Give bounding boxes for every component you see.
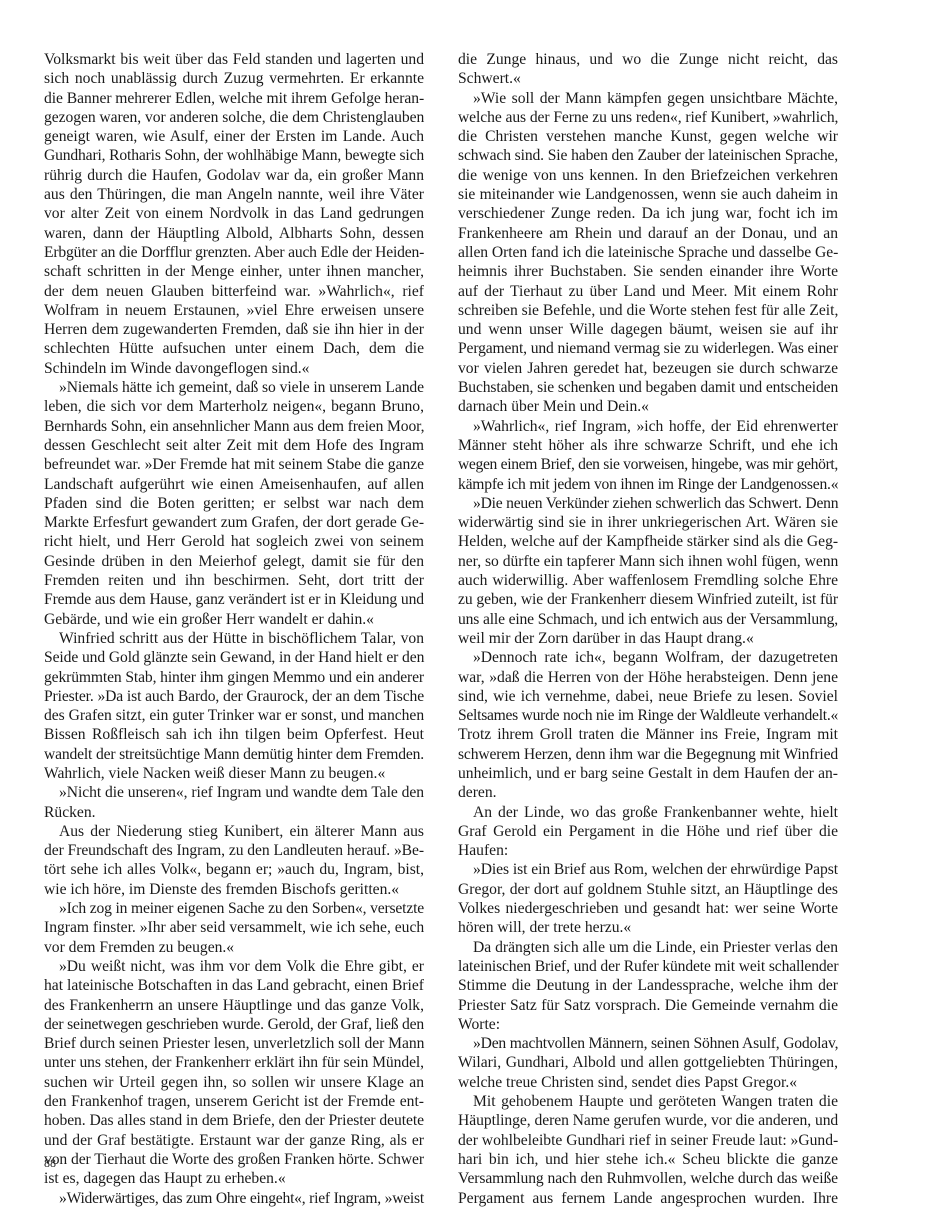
text-line: tört sehe ich alles Volk«, begann er; »a… — [44, 860, 424, 879]
text-line: Volksmarkt bis weit über das Feld stande… — [44, 50, 424, 69]
text-line: An der Linde, wo das große Frankenbanner… — [458, 803, 838, 822]
text-line: gekrümmten Stab, hinter ihm gingen Memmo… — [44, 668, 424, 687]
text-line: Gesinde drüben in den Meierhof gelegt, d… — [44, 552, 424, 571]
text-line: »Die neuen Verkünder ziehen schwerlich d… — [458, 494, 838, 513]
text-line: aus den Thüringen, die man Angeln nannte… — [44, 185, 424, 204]
text-line: sich noch unablässig durch Zuzug vermehr… — [44, 69, 424, 88]
text-line: vor alter Zeit von einem Nordvolk in das… — [44, 204, 424, 223]
text-line: Seide und Gold glänzte sein Gewand, in d… — [44, 648, 424, 667]
text-line: Priester Satz für Satz vorsprach. Die Ge… — [458, 996, 838, 1015]
text-line: Pergament aus fernem Lande angesprochen … — [458, 1189, 838, 1208]
text-line: Wilari, Gundhari, Albold und allen gottg… — [458, 1053, 838, 1072]
text-line: Brief durch seinen Priester lesen, unver… — [44, 1034, 424, 1053]
text-line: Wahrlich, viele Nacken weiß dieser Mann … — [44, 764, 424, 783]
text-line: der seinetwegen geschrieben wurde. Gerol… — [44, 1015, 424, 1034]
text-line: Trotz ihrem Groll traten die Männer ins … — [458, 725, 838, 744]
text-line: widerwärtig sind sie in ihrer unkriegeri… — [458, 513, 838, 532]
text-line: schwach sind. Sie haben den Zauber der l… — [458, 146, 838, 165]
text-line: Haufen: — [458, 841, 838, 860]
text-line: ist es, dagegen das Haupt zu erheben.« — [44, 1169, 424, 1188]
text-line: Wolfram in neuem Erstaunen, »viel Ehre e… — [44, 301, 424, 320]
text-line: ner, so dürfte ein tapferer Mann sich ih… — [458, 552, 838, 571]
text-line: »Niemals hätte ich gemeint, daß so viele… — [44, 378, 424, 397]
text-line: welche treue Christen sind, sendet dies … — [458, 1073, 838, 1092]
text-line: kämpfe ich mit jedem von ihnen im Ringe … — [458, 475, 838, 494]
text-line: Fremde aus dem Hause, ganz verändert ist… — [44, 590, 424, 609]
text-line: Da drängten sich alle um die Linde, ein … — [458, 938, 838, 957]
text-line: auch widerwillig. Aber waffenlosem Fremd… — [458, 571, 838, 590]
page-number: 88 — [44, 1156, 56, 1171]
text-line: »Ich zog in meiner eigenen Sache zu den … — [44, 899, 424, 918]
text-line: Fremden reiten und ihn beschirmen. Seht,… — [44, 571, 424, 590]
text-line: »Dennoch rate ich«, begann Wolfram, der … — [458, 648, 838, 667]
text-line: Gregor, der dort auf goldnem Stuhle sitz… — [458, 880, 838, 899]
text-line: Häuptlinge, deren Name gerufen wurde, vo… — [458, 1111, 838, 1130]
text-line: hari bin ich, und hier stehe ich.« Scheu… — [458, 1150, 838, 1169]
text-line: wandelt der streitsüchtige Mann demütig … — [44, 745, 424, 764]
text-line: schwerem Herzen, denn ihm war die Begegn… — [458, 745, 838, 764]
text-line: Graf Gerold ein Pergament in die Höhe un… — [458, 822, 838, 841]
text-line: »Den machtvollen Männern, seinen Söhnen … — [458, 1034, 838, 1053]
text-line: war, »daß die Herren von der Höhe herabs… — [458, 668, 838, 687]
text-line: Schindeln im Winde davongeflogen sind.« — [44, 359, 424, 378]
text-line: gezogen waren, vor anderen solche, die d… — [44, 108, 424, 127]
text-line: schreiben sie Befehle, und die Worte ste… — [458, 301, 838, 320]
text-line: des Frankenherrn an unsere Häuptlinge un… — [44, 996, 424, 1015]
text-line: Gebärde, und wie ein großer Herr wandelt… — [44, 610, 424, 629]
text-line: und wenn unser Wille dagegen bäumt, weis… — [458, 320, 838, 339]
text-line: lateinischen Brief, und der Rufer kündet… — [458, 957, 838, 976]
text-line: allen Orten fand ich die lateinische Spr… — [458, 243, 838, 262]
text-line: dessen Geschlecht seit alter Zeit mit de… — [44, 436, 424, 455]
text-line: schlechten Hütte aufsuchen unter einem D… — [44, 339, 424, 358]
text-line: uns alle eine Schmach, und ich entwich a… — [458, 610, 838, 629]
text-line: darnach über Mein und Dein.« — [458, 397, 838, 416]
right-column: die Zunge hinaus, und wo die Zunge nicht… — [458, 50, 838, 1208]
text-line: Aus der Niederung stieg Kunibert, ein äl… — [44, 822, 424, 841]
text-line: rührig durch die Haufen, Godolav war da,… — [44, 166, 424, 185]
text-line: vor dem Fremden zu beugen.« — [44, 938, 424, 957]
text-line: Buchstaben, sie schenken und begaben dam… — [458, 378, 838, 397]
text-line: der dem neuen Glauben bitterfeind war. »… — [44, 282, 424, 301]
text-line: Versammlung nach den Ruhmvollen, welche … — [458, 1169, 838, 1188]
text-line: leben, die sich vor dem Marterholz neige… — [44, 397, 424, 416]
text-line: die Zunge hinaus, und wo die Zunge nicht… — [458, 50, 838, 69]
text-line: Winfried schritt aus der Hütte in bischö… — [44, 629, 424, 648]
text-line: suchen wir Urteil gegen ihn, so sollen w… — [44, 1073, 424, 1092]
text-line: verschiedener Zunge reden. Da ich jung w… — [458, 204, 838, 223]
text-line: waren, dann der Häuptling Albold, Albhar… — [44, 224, 424, 243]
text-line: Rücken. — [44, 803, 424, 822]
text-line: zu geben, wie der Frankenherr diesem Win… — [458, 590, 838, 609]
text-line: der wohlbeleibte Gundhari rief in seiner… — [458, 1131, 838, 1150]
text-line: wie ich höre, im Dienste des fremden Bis… — [44, 880, 424, 899]
text-line: welche aus der Ferne zu uns reden«, rief… — [458, 108, 838, 127]
text-line: des Grafen sitzt, ein guter Trinker war … — [44, 706, 424, 725]
text-line: Herren dem zugewanderten Fremden, daß si… — [44, 320, 424, 339]
text-line: Frankenheere am Rhein und darauf an der … — [458, 224, 838, 243]
text-line: Landschaft aufgerührt wie einen Ameisenh… — [44, 475, 424, 494]
text-line: Mit gehobenem Haupte und geröteten Wange… — [458, 1092, 838, 1111]
text-line: Gundhari, Rotharis Sohn, der wohlhäbige … — [44, 146, 424, 165]
text-line: deren. — [458, 783, 838, 802]
text-line: »Du weißt nicht, was ihm vor dem Volk di… — [44, 957, 424, 976]
text-line: Schwert.« — [458, 69, 838, 88]
text-line: »Wie soll der Mann kämpfen gegen unsicht… — [458, 89, 838, 108]
text-line: die Christen verstehen manche Kunst, geg… — [458, 127, 838, 146]
text-line: Ingram finster. »Ihr aber seid versammel… — [44, 918, 424, 937]
text-line: Stimme die Deutung in der Landessprache,… — [458, 976, 838, 995]
text-line: hören will, der trete herzu.« — [458, 918, 838, 937]
text-line: sie miteinander wie Landgenossen, wenn s… — [458, 185, 838, 204]
text-line: unter uns stehen, der Frankenherr erklär… — [44, 1053, 424, 1072]
text-line: Bernhards Sohn, ein ansehnlicher Mann au… — [44, 417, 424, 436]
text-line: sind, wie ich vernehme, dabei, neue Brie… — [458, 687, 838, 706]
text-line: »Widerwärtiges, das zum Ohre eingeht«, r… — [44, 1189, 424, 1208]
text-line: heimnis ihrer Buchstaben. Sie senden ein… — [458, 262, 838, 281]
text-line: unheimlich, und er barg seine Gestalt in… — [458, 764, 838, 783]
text-line: wegen einem Brief, den sie vorweisen, hi… — [458, 455, 838, 474]
text-line: von der Tierhaut die Worte des großen Fr… — [44, 1150, 424, 1169]
text-line: Markte Erfesfurt gewandert zum Grafen, d… — [44, 513, 424, 532]
text-line: und der Graf bestätigte. Erstaunt war de… — [44, 1131, 424, 1150]
text-line: weil mir der Zorn darüber in das Haupt d… — [458, 629, 838, 648]
text-line: richt hielt, und Herr Gerold hat sogleic… — [44, 532, 424, 551]
text-line: »Dies ist ein Brief aus Rom, welchen der… — [458, 860, 838, 879]
text-line: Pergament, und niemand vermag sie zu wid… — [458, 339, 838, 358]
text-line: die wenige von uns kennen. In den Briefz… — [458, 166, 838, 185]
text-line: Helden, welche auf der Kampfheide stärke… — [458, 532, 838, 551]
text-line: »Nicht die unseren«, rief Ingram und wan… — [44, 783, 424, 802]
text-line: hoben. Das alles stand in dem Briefe, de… — [44, 1111, 424, 1130]
text-line: der Freundschaft des Ingram, zu den Land… — [44, 841, 424, 860]
text-line: Priester. »Da ist auch Bardo, der Grauro… — [44, 687, 424, 706]
text-line: geneigt waren, wie Asulf, einer der Erst… — [44, 127, 424, 146]
text-line: vor vielen Jahren geredet hat, bezeugen … — [458, 359, 838, 378]
text-line: Bissen Roßfleisch sah ich ihn tilgen bei… — [44, 725, 424, 744]
text-line: Worte: — [458, 1015, 838, 1034]
text-line: befreundet war. »Der Fremde hat mit sein… — [44, 455, 424, 474]
left-column: Volksmarkt bis weit über das Feld stande… — [44, 50, 424, 1208]
text-line: auf der Tierhaut zu über Land und Meer. … — [458, 282, 838, 301]
text-line: Pfaden sind die Boten geritten; er selbs… — [44, 494, 424, 513]
book-page: Volksmarkt bis weit über das Feld stande… — [0, 0, 935, 1210]
text-line: »Wahrlich«, rief Ingram, »ich hoffe, der… — [458, 417, 838, 436]
text-line: den Frankenhof tragen, unserem Gericht i… — [44, 1092, 424, 1111]
text-line: Männer steht höher als ihre schwarze Sch… — [458, 436, 838, 455]
text-line: Erbgüter an die Dorfflur grenzten. Aber … — [44, 243, 424, 262]
text-line: schaft schritten in der Menge einher, un… — [44, 262, 424, 281]
text-line: Seltsames wurde noch nie im Ringe der Wa… — [458, 706, 838, 725]
text-line: die Banner mehrerer Edlen, welche mit ih… — [44, 89, 424, 108]
text-line: Volkes niedergeschrieben und gesandt hat… — [458, 899, 838, 918]
text-line: hat lateinische Botschaften in das Land … — [44, 976, 424, 995]
